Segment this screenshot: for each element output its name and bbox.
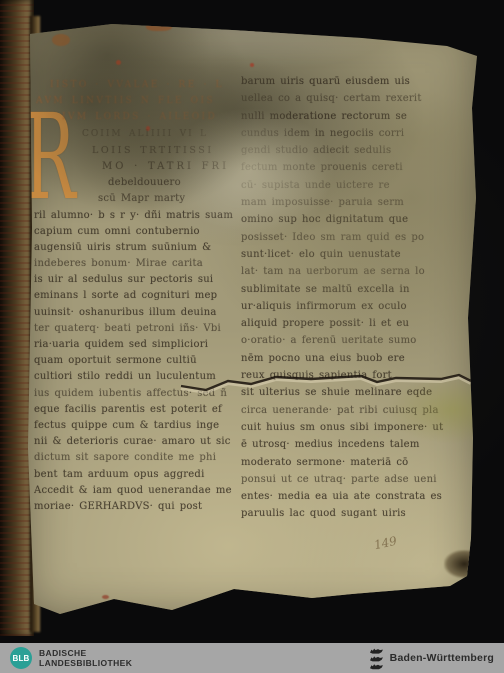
manuscript-line: debeldouuero: [108, 177, 236, 193]
manuscript-line: lat· tam na uerborum ae serna lo: [241, 266, 455, 283]
manuscript-line: sublimitate se maltū excella in: [241, 284, 455, 301]
footer-bar: BLB BADISCHE LANDESBIBLIOTHEK Baden-Würt…: [0, 643, 504, 673]
manuscript-line: gendi studio adiecit sedulis: [241, 145, 455, 162]
manuscript-line: LOIIS TRTITISSI: [92, 145, 236, 161]
manuscript-line: barum uiris quarū eiusdem uis: [241, 76, 455, 93]
manuscript-line: eque facilis parentis est poterit ef: [34, 404, 236, 420]
manuscript-line: sunt·licet· elo quin uenustate: [241, 249, 455, 266]
manuscript-line: cuit huius sm onus sibi imponere· ut: [241, 422, 455, 439]
manuscript-line: circa uenerande· pat ribi cuiusq pla: [241, 405, 455, 422]
red-ink-speck: [250, 63, 254, 67]
manuscript-line: ur·aliquis infirmorum ex oculo: [241, 301, 455, 318]
red-ink-speck: [102, 595, 109, 599]
manuscript-line: nii & deterioris curae· amaro ut sic: [34, 436, 236, 452]
manuscript-line: cultiori stilo reddi un luculentum: [34, 371, 236, 387]
pigment-speck: [146, 22, 172, 31]
blb-logo-badge: BLB: [10, 647, 32, 669]
manuscript-line: nēm pocno una eius buob ere: [241, 353, 455, 370]
manuscript-line: is uir al sedulus sur pectoris sui: [34, 274, 236, 290]
manuscript-line: fectum monte prouenis cereti: [241, 162, 455, 179]
manuscript-line: augensiū uiris strum suūnium &: [34, 242, 236, 258]
manuscript-line: moderato sermone· materiā cō: [241, 457, 455, 474]
manuscript-line: cū· supista unde uictere re: [241, 180, 455, 197]
manuscript-line: ius quidem iubentis affectus· sed ñ: [34, 388, 236, 404]
scan-viewport: R IISTO · VVALAE · RE · LAVM LINVTIIS Ñ …: [0, 0, 504, 673]
manuscript-line: indeberes bonum· Mirae carita: [34, 258, 236, 274]
left-text-column: IISTO · VVALAE · RE · LAVM LINVTIIS Ñ FL…: [34, 80, 236, 517]
edge-damage-mark: [444, 550, 478, 578]
manuscript-line: IISTO · VVALAE · RE · L: [50, 80, 236, 96]
manuscript-line: ponsui ut ce utraq· parte adse ueni: [241, 474, 455, 491]
manuscript-line: posisset· Ideo sm ram quid es po: [241, 232, 455, 249]
manuscript-line: reux quisquis sapientia fort: [241, 370, 455, 387]
red-ink-speck: [116, 60, 121, 65]
book-fore-edge: [0, 0, 34, 636]
manuscript-line: COIIM ALIIIII VĪ L: [82, 129, 236, 145]
manuscript-line: quam oportuit sermone cultiū: [34, 355, 236, 371]
pigment-speck: [52, 34, 70, 46]
manuscript-line: cundus idem in negociis corri: [241, 128, 455, 145]
manuscript-page: R IISTO · VVALAE · RE · LAVM LINVTIIS Ñ …: [22, 18, 480, 618]
manuscript-line: paruulis lac quod sugant uiris: [241, 508, 455, 525]
manuscript-line: fectus quippe cum & tardius inge: [34, 420, 236, 436]
manuscript-line: MO · TATRI FRI: [102, 161, 236, 177]
manuscript-line: Accedit & iam quod uenerandae me: [34, 485, 236, 501]
state-logo: Baden-Württemberg: [369, 647, 494, 670]
manuscript-line: omino sup hoc dignitatum que: [241, 214, 455, 231]
right-text-column: barum uiris quarū eiusdem uisuellea co a…: [241, 76, 455, 526]
red-ink-speck: [146, 126, 150, 131]
manuscript-line: uellea co a quisq· certam rexerit: [241, 93, 455, 110]
manuscript-line: sit ulterius se shuie melinare eqde: [241, 387, 455, 404]
manuscript-line: uuinsit· oshanuribus illum deuina: [34, 307, 236, 323]
state-name-label: Baden-Württemberg: [390, 652, 494, 664]
manuscript-line: bent tam arduum opus aggredi: [34, 469, 236, 485]
manuscript-line: ē utrosq· medius incedens talem: [241, 439, 455, 456]
manuscript-line: AVM LINVTIIS Ñ FLE OIS: [36, 96, 236, 112]
manuscript-line: aliquid propere possit· li et eu: [241, 318, 455, 335]
manuscript-line: scū Mapr marty: [98, 193, 236, 209]
baden-wuerttemberg-lions-icon: [369, 647, 384, 670]
library-name: BADISCHE LANDESBIBLIOTHEK: [39, 648, 132, 669]
manuscript-line: moriae· GERHARDVS· qui post: [34, 501, 236, 517]
manuscript-line: o·oratio· a ferenū ueritate sumo: [241, 335, 455, 352]
library-name-line2: LANDESBIBLIOTHEK: [39, 658, 132, 669]
manuscript-line: entes· media ea uia ate constrata es: [241, 491, 455, 508]
manuscript-line: ter quaterq· beati petroni iñs· Vbi: [34, 323, 236, 339]
manuscript-line: eminans l sorte ad cognituri mep: [34, 290, 236, 306]
manuscript-line: ril alumno· b s r y· dñi matris suam: [34, 210, 236, 226]
library-name-line1: BADISCHE: [39, 648, 132, 659]
folio-number: 149: [373, 534, 398, 552]
manuscript-line: dictum sit sapore condite me phi: [34, 452, 236, 468]
manuscript-line: ria·uaria quidem sed simpliciori: [34, 339, 236, 355]
manuscript-line: nulli moderatione rectorum se: [241, 111, 455, 128]
manuscript-line: capium cum omni contubernio: [34, 226, 236, 242]
manuscript-line: mam imposuisse· paruia serm: [241, 197, 455, 214]
